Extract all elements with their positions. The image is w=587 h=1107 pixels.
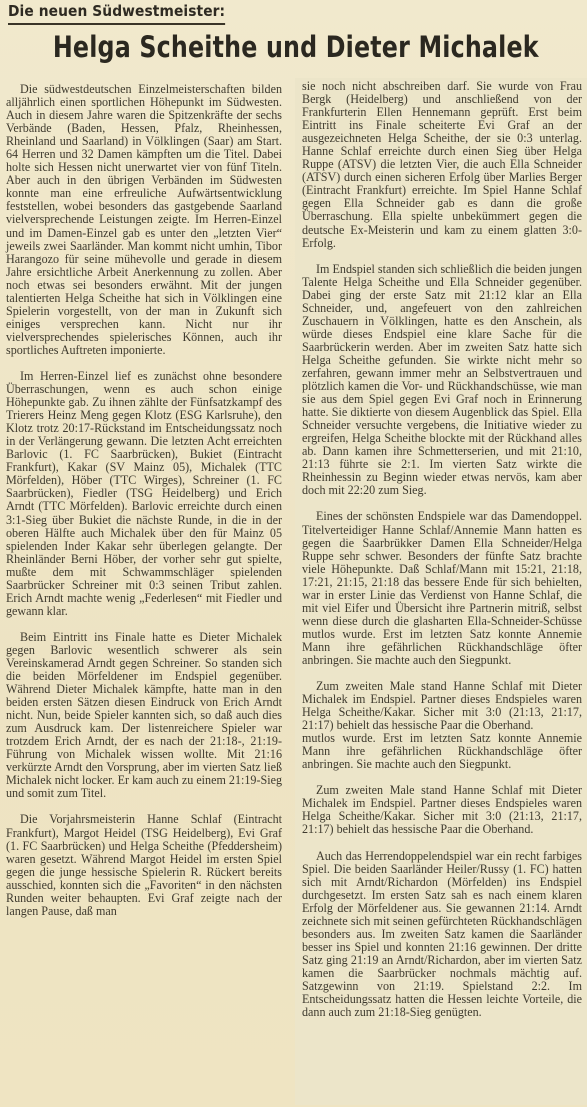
- paragraph: Die südwestdeutschen Einzelmeisterschaft…: [6, 83, 282, 357]
- paragraph: Im Herren-Einzel lief es zunächst ohne b…: [6, 370, 282, 618]
- paragraph: Zum zweiten Male stand Hanne Schlaf mit …: [302, 784, 582, 836]
- paragraph: Die Vorjahrsmeisterin Hanne Schlaf (Eint…: [6, 813, 282, 917]
- paragraph: Beim Eintritt ins Finale hatte es Dieter…: [6, 631, 282, 801]
- left-column: Die südwestdeutschen Einzelmeisterschaft…: [6, 83, 282, 931]
- newspaper-page: Die neuen Südwestmeister: Helga Scheithe…: [0, 0, 587, 1107]
- paragraph: Auch das Herrendoppelendspiel war ein re…: [302, 850, 582, 1020]
- paragraph: Eines der schönsten Endspiele war das Da…: [302, 510, 582, 667]
- paragraph: Im Endspiel standen sich schließlich die…: [302, 263, 582, 498]
- article-headline: Helga Scheithe und Dieter Michalek: [53, 30, 534, 64]
- paragraph: sie noch nicht abschreiben darf. Sie wur…: [302, 80, 582, 250]
- paragraph: mutlos wurde. Erst im letzten Satz konnt…: [302, 732, 582, 771]
- paragraph: Zum zweiten Male stand Hanne Schlaf mit …: [302, 680, 582, 732]
- right-column: sie noch nicht abschreiben darf. Sie wur…: [302, 80, 582, 1032]
- article-kicker: Die neuen Südwestmeister:: [8, 2, 225, 25]
